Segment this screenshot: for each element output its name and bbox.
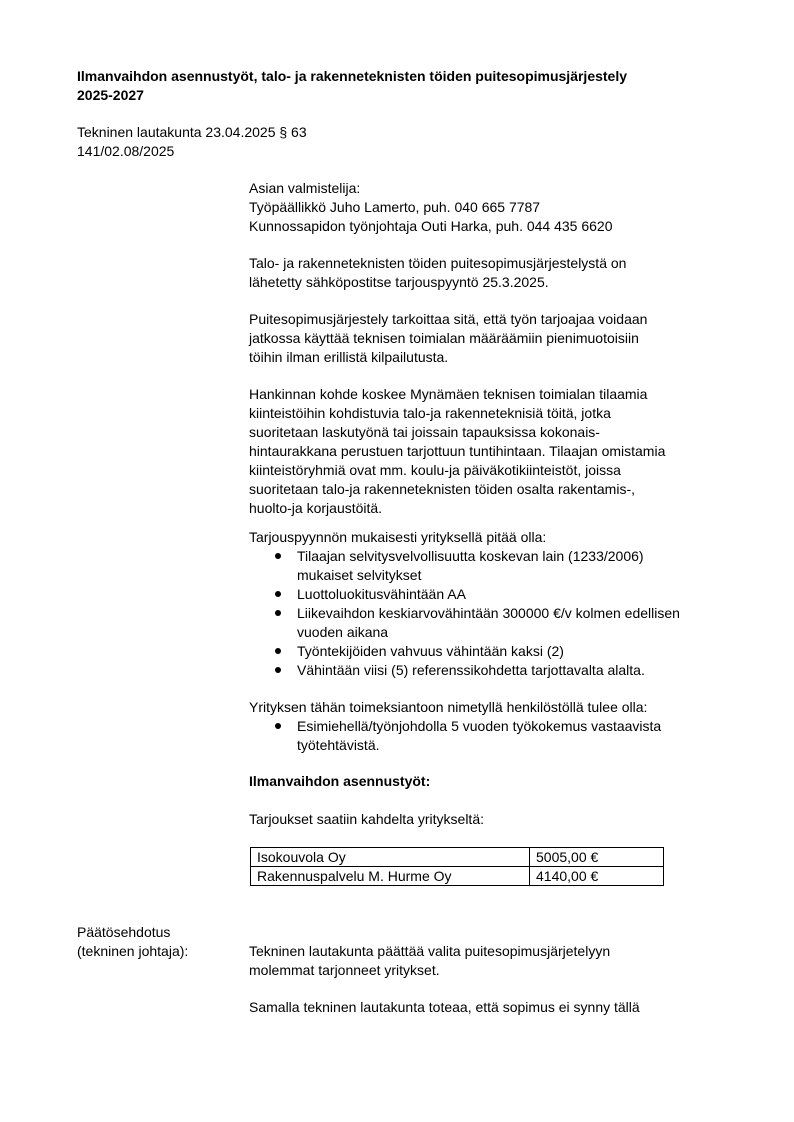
offers-table: Isokouvola Oy 5005,00 € Rakennuspalvelu … <box>250 847 664 886</box>
requirements-intro: Tarjouspyynnön mukaisesti yrityksellä pi… <box>249 528 546 547</box>
staff-requirement-item: Esimiehellä/työnjohdolla 5 vuoden työkok… <box>297 717 661 736</box>
paragraph-3-line: suoritetaan laskutyönä tai joissain tapa… <box>249 423 600 442</box>
paragraph-2-line: jatkossa käyttää teknisen toimialan määr… <box>249 329 639 348</box>
proposal-line: Tekninen lautakunta päättää valita puite… <box>249 942 610 961</box>
offer-company: Rakennuspalvelu M. Hurme Oy <box>251 867 530 886</box>
paragraph-3-line: huolto-ja korjaustöitä. <box>249 499 382 518</box>
document-title-line1: Ilmanvaihdon asennustyöt, talo- ja raken… <box>77 67 627 86</box>
requirement-item: Tilaajan selvitysvelvollisuutta koskevan… <box>297 547 644 566</box>
paragraph-2-line: töihin ilman erillistä kilpailutusta. <box>249 348 448 367</box>
proposal-line: molemmat tarjonneet yritykset. <box>249 961 440 980</box>
paragraph-3-line: kiinteistöryhmiä ovat mm. koulu-ja päivä… <box>249 461 621 480</box>
staff-intro: Yrityksen tähän toimeksiantoon nimetyllä… <box>249 698 647 717</box>
paragraph-3-line: hintaurakkana perustuen tarjottuun tunti… <box>249 442 665 461</box>
bullet-icon <box>275 723 281 729</box>
preparer-1: Työpäällikkö Juho Lamerto, puh. 040 665 … <box>249 198 540 217</box>
table-row: Rakennuspalvelu M. Hurme Oy 4140,00 € <box>251 867 664 886</box>
bullet-icon <box>275 553 281 559</box>
preparer-label: Asian valmistelija: <box>249 179 360 198</box>
bullet-icon <box>275 610 281 616</box>
bullet-icon <box>275 648 281 654</box>
requirement-item: Luottoluokitusvähintään AA <box>297 585 466 604</box>
staff-requirement-item-cont: työtehtävistä. <box>297 736 380 755</box>
offer-price: 5005,00 € <box>530 848 664 867</box>
requirement-item: Työntekijöiden vahvuus vähintään kaksi (… <box>297 642 564 661</box>
paragraph-1-line: lähetetty sähköpostitse tarjouspyyntö 25… <box>249 273 549 292</box>
paragraph-1-line: Talo- ja rakenneteknisten töiden puiteso… <box>249 254 626 273</box>
proposal-label-line2: (tekninen johtaja): <box>77 942 188 961</box>
section-heading: Ilmanvaihdon asennustyöt: <box>249 772 430 791</box>
requirement-item: Vähintään viisi (5) referenssikohdetta t… <box>297 661 645 680</box>
meeting-reference: Tekninen lautakunta 23.04.2025 § 63 <box>77 123 307 142</box>
bullet-icon <box>275 667 281 673</box>
requirement-item-cont: vuoden aikana <box>297 623 388 642</box>
record-number: 141/02.08/2025 <box>77 142 174 161</box>
paragraph-2-line: Puitesopimusjärjestely tarkoittaa sitä, … <box>249 310 647 329</box>
offer-company: Isokouvola Oy <box>251 848 530 867</box>
table-row: Isokouvola Oy 5005,00 € <box>251 848 664 867</box>
paragraph-3-line: kiinteistöihin kohdistuvia talo-ja raken… <box>249 404 611 423</box>
bullet-icon <box>275 591 281 597</box>
preparer-2: Kunnossapidon työnjohtaja Outi Harka, pu… <box>249 217 613 236</box>
offer-price: 4140,00 € <box>530 867 664 886</box>
paragraph-3-line: Hankinnan kohde koskee Mynämäen teknisen… <box>249 385 647 404</box>
paragraph-3-line: suoritetaan talo-ja rakenneteknisten töi… <box>249 480 635 499</box>
offers-intro: Tarjoukset saatiin kahdelta yritykseltä: <box>249 810 484 829</box>
requirement-item-cont: mukaiset selvitykset <box>297 566 421 585</box>
requirement-item: Liikevaihdon keskiarvovähintään 300000 €… <box>297 604 680 623</box>
proposal-label-line1: Päätösehdotus <box>77 923 170 942</box>
proposal-continued: Samalla tekninen lautakunta toteaa, että… <box>249 998 640 1017</box>
document-title-line2: 2025-2027 <box>77 86 144 105</box>
